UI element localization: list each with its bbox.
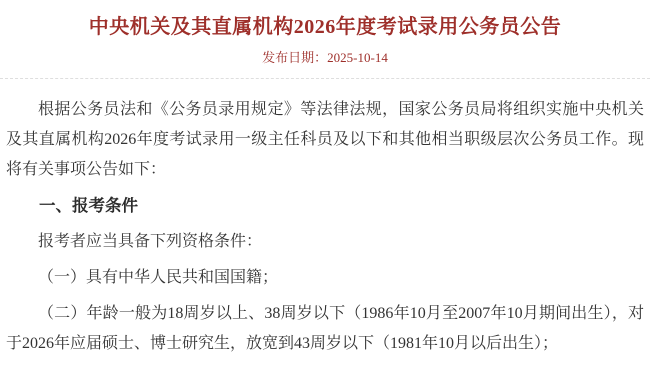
publish-date-label: 发布日期： [262, 50, 327, 65]
condition-item-2: （二）年龄一般为18周岁以上、38周岁以下（1986年10月至2007年10月期… [6, 299, 644, 359]
section-heading-application-conditions: 一、报考条件 [6, 191, 644, 221]
condition-item-1: （一）具有中华人民共和国国籍； [6, 263, 644, 293]
document-body: 根据公务员法和《公务员录用规定》等法律法规，国家公务员局将组织实施中央机关及其直… [0, 79, 650, 359]
qualification-lead-paragraph: 报考者应当具备下列资格条件： [6, 227, 644, 257]
document-header: 中央机关及其直属机构2026年度考试录用公务员公告 发布日期：2025-10-1… [0, 0, 650, 79]
publish-date-value: 2025-10-14 [327, 50, 388, 65]
intro-paragraph: 根据公务员法和《公务员录用规定》等法律法规，国家公务员局将组织实施中央机关及其直… [6, 95, 644, 185]
page-title: 中央机关及其直属机构2026年度考试录用公务员公告 [40, 15, 610, 39]
publish-date-line: 发布日期：2025-10-14 [0, 50, 650, 66]
announcement-document: 中央机关及其直属机构2026年度考试录用公务员公告 发布日期：2025-10-1… [0, 0, 650, 372]
